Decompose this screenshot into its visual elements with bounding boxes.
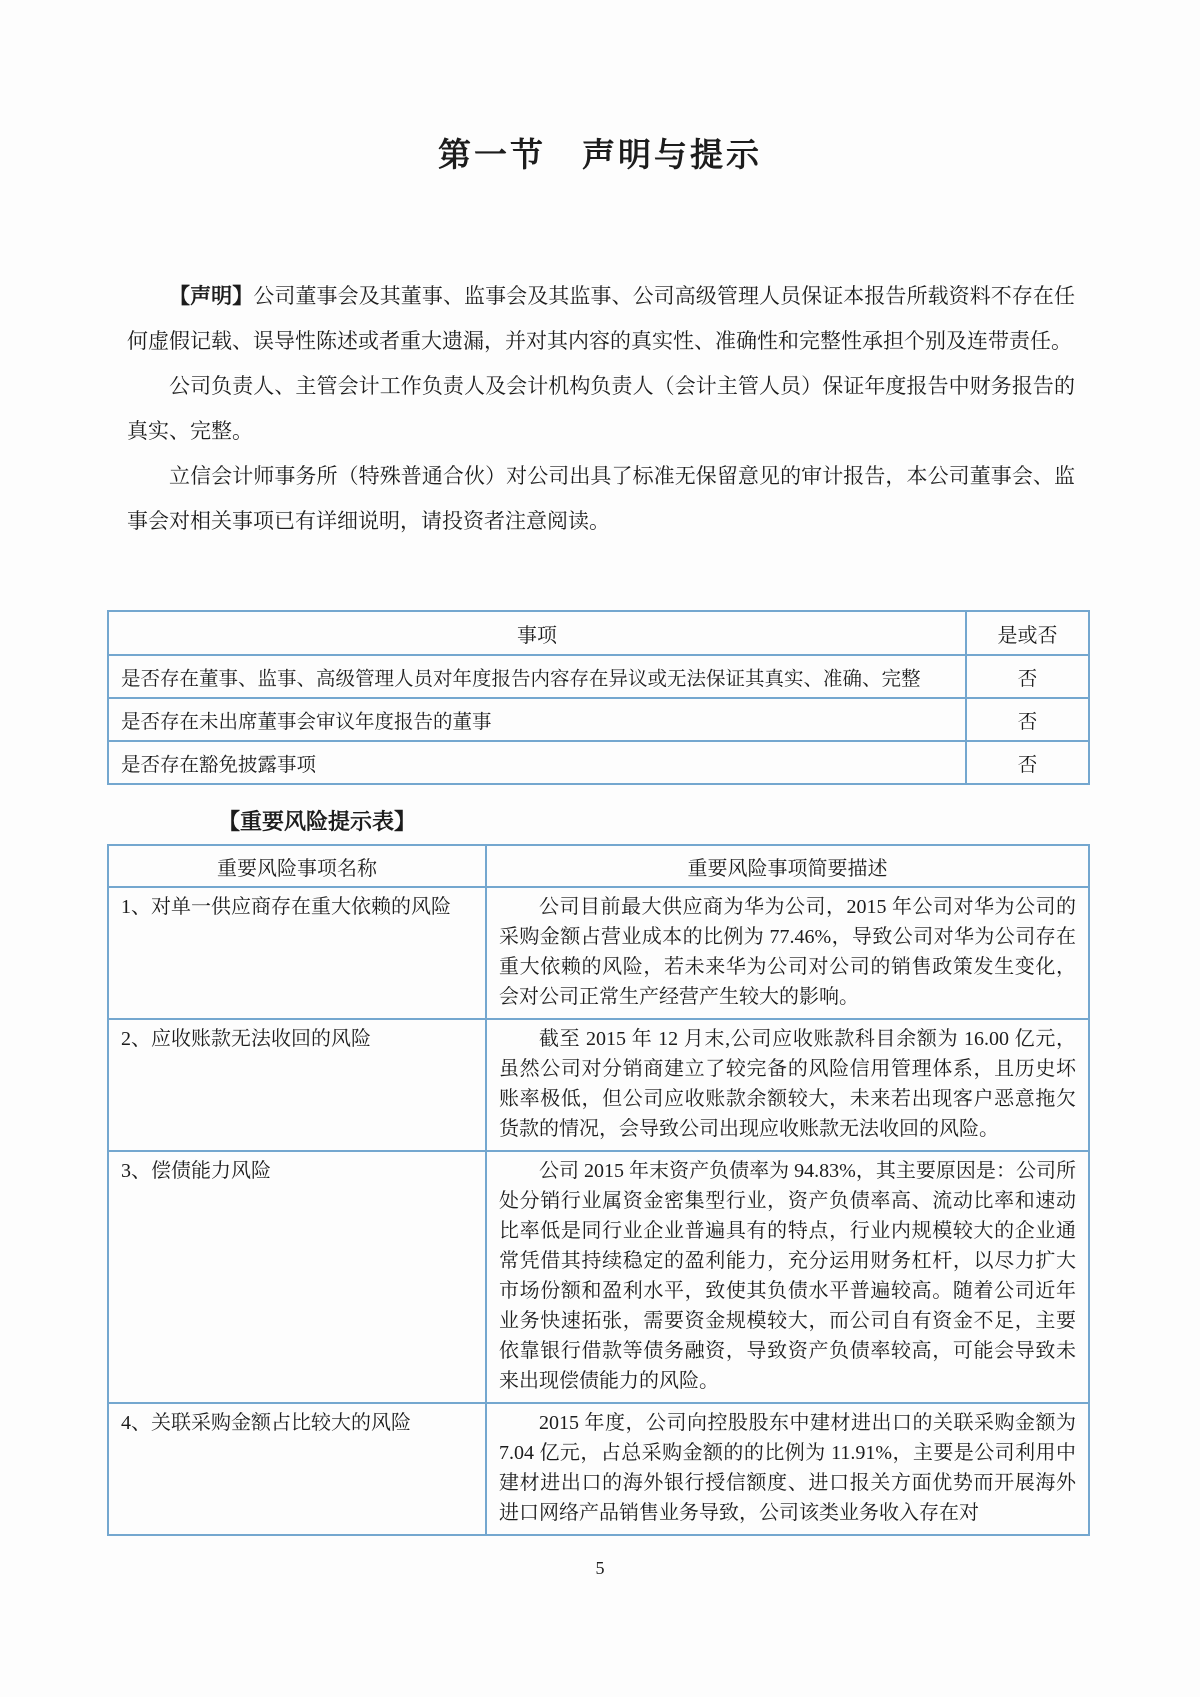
declaration-paragraph-1-text: 公司董事会及其董事、监事会及其监事、公司高级管理人员保证本报告所载资料不存在任何… — [127, 284, 1075, 353]
declaration-paragraph-2: 公司负责人、主管会计工作负责人及会计机构负责人（会计主管人员）保证年度报告中财务… — [127, 364, 1075, 454]
risk-header-name: 重要风险事项名称 — [108, 845, 486, 887]
declaration-section: 【声明】公司董事会及其董事、监事会及其监事、公司高级管理人员保证本报告所载资料不… — [127, 274, 1075, 544]
risk-row-4-name: 4、关联采购金额占比较大的风险 — [108, 1403, 486, 1535]
matters-table: 事项 是或否 是否存在董事、监事、高级管理人员对年度报告内容存在异议或无法保证其… — [107, 610, 1090, 785]
matters-row-2-item: 是否存在未出席董事会审议年度报告的董事 — [108, 698, 966, 741]
table-row: 是否存在未出席董事会审议年度报告的董事 否 — [108, 698, 1089, 741]
table-row: 3、偿债能力风险 公司 2015 年末资产负债率为 94.83%，其主要原因是：… — [108, 1151, 1089, 1403]
risk-table-heading: 【重要风险提示表】 — [218, 805, 1200, 836]
risk-row-2-name: 2、应收账款无法收回的风险 — [108, 1019, 486, 1151]
table-row: 是否存在董事、监事、高级管理人员对年度报告内容存在异议或无法保证其真实、准确、完… — [108, 655, 1089, 698]
table-row: 4、关联采购金额占比较大的风险 2015 年度，公司向控股股东中建材进出口的关联… — [108, 1403, 1089, 1535]
risk-header-row: 重要风险事项名称 重要风险事项简要描述 — [108, 845, 1089, 887]
matters-header-row: 事项 是或否 — [108, 611, 1089, 655]
matters-header-answer: 是或否 — [966, 611, 1089, 655]
risk-row-4-description: 2015 年度，公司向控股股东中建材进出口的关联采购金额为 7.04 亿元，占总… — [486, 1403, 1089, 1535]
risk-row-1-name: 1、对单一供应商存在重大依赖的风险 — [108, 887, 486, 1019]
document-page: 第一节 声明与提示 【声明】公司董事会及其董事、监事会及其监事、公司高级管理人员… — [0, 0, 1200, 1697]
page-title: 第一节 声明与提示 — [0, 0, 1200, 178]
table-row: 2、应收账款无法收回的风险 截至 2015 年 12 月末,公司应收账款科目余额… — [108, 1019, 1089, 1151]
risk-row-1-description: 公司目前最大供应商为华为公司，2015 年公司对华为公司的采购金额占营业成本的比… — [486, 887, 1089, 1019]
risk-table: 重要风险事项名称 重要风险事项简要描述 1、对单一供应商存在重大依赖的风险 公司… — [107, 844, 1090, 1536]
risk-row-3-description: 公司 2015 年末资产负债率为 94.83%，其主要原因是：公司所处分销行业属… — [486, 1151, 1089, 1403]
matters-header-item: 事项 — [108, 611, 966, 655]
declaration-label: 【声明】 — [169, 285, 253, 308]
table-row: 1、对单一供应商存在重大依赖的风险 公司目前最大供应商为华为公司，2015 年公… — [108, 887, 1089, 1019]
matters-row-3-item: 是否存在豁免披露事项 — [108, 741, 966, 784]
matters-row-3-answer: 否 — [966, 741, 1089, 784]
matters-row-1-item: 是否存在董事、监事、高级管理人员对年度报告内容存在异议或无法保证其真实、准确、完… — [108, 655, 966, 698]
matters-row-1-answer: 否 — [966, 655, 1089, 698]
matters-row-2-answer: 否 — [966, 698, 1089, 741]
declaration-paragraph-3: 立信会计师事务所（特殊普通合伙）对公司出具了标准无保留意见的审计报告，本公司董事… — [127, 454, 1075, 544]
declaration-paragraph-1: 【声明】公司董事会及其董事、监事会及其监事、公司高级管理人员保证本报告所载资料不… — [127, 274, 1075, 364]
risk-row-2-description: 截至 2015 年 12 月末,公司应收账款科目余额为 16.00 亿元，虽然公… — [486, 1019, 1089, 1151]
page-number: 5 — [0, 1558, 1200, 1579]
risk-header-description: 重要风险事项简要描述 — [486, 845, 1089, 887]
table-row: 是否存在豁免披露事项 否 — [108, 741, 1089, 784]
risk-row-3-name: 3、偿债能力风险 — [108, 1151, 486, 1403]
